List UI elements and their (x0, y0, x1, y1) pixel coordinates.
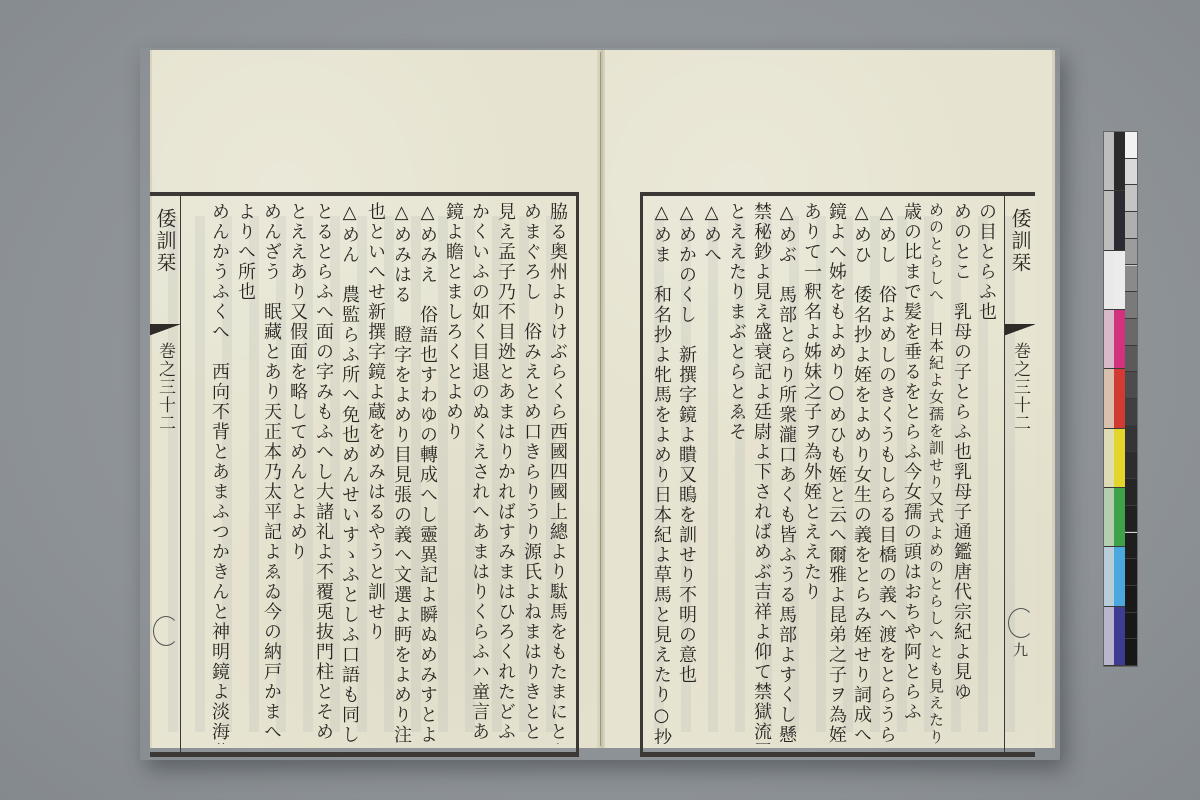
text-column: △めま 和名抄よ牝馬をよめり日本紀よ草馬と見えたり○抄よ騲馬よ (649, 202, 674, 744)
calibration-patch (1125, 399, 1137, 426)
calibration-patch (1104, 310, 1114, 369)
calibration-patch (1125, 426, 1137, 453)
text-column: めのとこ 乳母の子とらふ也乳母子通鑑唐代宗紀よ見ゆ (949, 202, 974, 744)
text-column: △めみはる 瞪字をよめり目見張の義へ文選よ眄をよめり注よ張目望皃 (388, 202, 414, 744)
text-column: ありて一釈名よ姊妹之子ヲ為外姪とええたり (799, 202, 824, 744)
text-column: めまぐろし 俗みえとめ口きらりうり源氏よねまはりきととそてらつ (518, 202, 544, 744)
calibration-patch (1104, 429, 1114, 488)
right-page-frame: 倭訓栞 巻之三十二 九 の目とらふ也 めのとこ 乳母の子とらふ也乳母子通鑑唐代宗… (640, 192, 1035, 757)
calibration-patch (1125, 346, 1137, 373)
calibration-patch (1114, 607, 1125, 666)
calibration-patch (1125, 239, 1137, 266)
right-text-area: の目とらふ也 めのとこ 乳母の子とらふ也乳母子通鑑唐代宗紀よ見ゆ めのとらしへ … (649, 202, 999, 744)
calibration-patch (1125, 185, 1137, 212)
calibration-patch (1114, 429, 1125, 488)
calibration-patch (1125, 292, 1137, 319)
left-volume-label: 巻之三十二 (150, 342, 180, 432)
text-column: の目とらふ也 (974, 202, 999, 744)
calibration-patch (1125, 266, 1137, 293)
calibration-color-patches (1114, 132, 1125, 666)
color-calibration-strip (1103, 131, 1138, 667)
text-column: かくいふの如く目退のぬくえされへあまはりくらふハ童言あるて一新撰字 (466, 202, 492, 744)
text-column: 也といへせ新撰字鏡よ蔵をめみはるやうと訓せり (362, 202, 388, 744)
calibration-patch (1104, 132, 1114, 191)
text-column: 禁秘鈔よ見え盛衰記よ廷尉よ下さればめぶ吉祥よ仰て禁獄流罪よらや (749, 202, 774, 744)
calibration-gray-steps (1125, 132, 1137, 666)
text-column: △めひ 倭名抄よ姪をよめり女生の義をとらみ姪せり詞成へし新撰字 (849, 202, 874, 744)
calibration-patch (1125, 613, 1137, 640)
calibration-patch (1125, 212, 1137, 239)
calibration-patch (1125, 452, 1137, 479)
text-column: △めん 農監らふ所へ免也めんせいすゝふとしふ口語も同し○工匝のめんを (336, 202, 362, 744)
folio-number: 九 (1005, 642, 1035, 659)
text-column: △めみえ 俗語也すわゆの轉成へし靈異記よ瞬ぬめみすとよむのなるを (414, 202, 440, 744)
calibration-patch (1104, 191, 1114, 250)
calibration-patch (1114, 488, 1125, 547)
calibration-patch (1125, 479, 1137, 506)
calibration-patch (1125, 132, 1137, 159)
text-column: めのとらしへ 日本紀よ女孺を訓せり又式よめのとらしへとも見えたり十五六 (924, 202, 949, 744)
calibration-gray-patches (1104, 132, 1114, 666)
text-column: とええたりまぶとらとゑそ (724, 202, 749, 744)
text-column: △めかのくし 新撰字鏡よ瞶又瞗を訓せり不明の意也 (674, 202, 699, 744)
calibration-patch (1114, 191, 1125, 250)
text-column: とええあり又假面を略してめんとよめり (284, 202, 310, 744)
left-running-title: 倭訓栞 (150, 208, 180, 274)
calibration-patch (1125, 586, 1137, 613)
right-volume-label: 巻之三十二 (1005, 342, 1035, 432)
text-column: よりへ所也 (232, 202, 258, 744)
text-column: △めし 俗よめしのきくうもしらる目橋の義へ渡をとらうらる成へし (874, 202, 899, 744)
calibration-patch (1125, 372, 1137, 399)
folio-circle-icon (1008, 608, 1034, 638)
calibration-patch (1125, 319, 1137, 346)
calibration-patch (1125, 559, 1137, 586)
calibration-patch (1104, 369, 1114, 428)
text-column: めんざう 眠藏とあり天正本乃太平記よゑゐ今の納戸かまへの内ヵ叢林 (258, 202, 284, 744)
calibration-patch (1104, 488, 1114, 547)
right-running-title: 倭訓栞 (1005, 208, 1035, 274)
text-column: △めへ (699, 202, 724, 744)
calibration-patch (1114, 369, 1125, 428)
calibration-patch (1104, 607, 1114, 666)
calibration-patch (1104, 547, 1114, 606)
right-page: 倭訓栞 巻之三十二 九 の目とらふ也 めのとこ 乳母の子とらふ也乳母子通鑑唐代宗… (605, 50, 1055, 748)
text-column: 歳の比まで髪を垂るをとらふ今女孺の頭はおちや阿とらふ (899, 202, 924, 744)
calibration-patch (1114, 132, 1125, 191)
text-column: △めぶ 馬部とらり所衆瀧口あくも皆ふうる馬部よすくし懸水立池く (774, 202, 799, 744)
calibration-patch (1125, 533, 1137, 560)
text-column: 脇る奥州よりけぶらくら西國四國上總より駄馬をもたまにともらつり (544, 202, 570, 744)
calibration-patch (1114, 310, 1125, 369)
right-hanshin: 倭訓栞 巻之三十二 九 (1004, 196, 1035, 752)
left-page: 倭訓栞 巻之三十二 脇る奥州よりけぶらくら西國四國上總より駄馬をもたまにともらつ… (150, 50, 597, 748)
fishtail-mark-icon (1005, 324, 1035, 338)
calibration-patch (1125, 506, 1137, 533)
left-page-frame: 倭訓栞 巻之三十二 脇る奥州よりけぶらくら西國四國上總より駄馬をもたまにともらつ… (150, 192, 579, 757)
folio-circle-icon (153, 616, 179, 646)
fishtail-mark-icon (150, 324, 180, 338)
text-column: 鏡よ瞻とましろくとよめり (440, 202, 466, 744)
text-column: 鏡よへ姊をもよめり○めひも姪と云へ爾雅よ昆弟之子ヲ為姪とらふよ據 (824, 202, 849, 744)
calibration-patch (1125, 159, 1137, 186)
calibration-patch (1104, 251, 1114, 310)
left-hanshin: 倭訓栞 巻之三十二 (150, 196, 181, 752)
text-column: めんかうふくへ 西向不背とあまふつかきんと神明鏡よ淡海公の御時な (206, 202, 232, 744)
calibration-patch (1114, 251, 1125, 310)
calibration-patch (1125, 639, 1137, 666)
text-column: とるとらふへ面の字みもふへし大諸礼よ不覆兎抜門柱とそめんとらしぬ物ふ (310, 202, 336, 744)
text-column: 見え孟子乃不目迯とあまはりかればすみまはひろくれたどふつく (492, 202, 518, 744)
calibration-patch (1114, 547, 1125, 606)
book-gutter (600, 52, 601, 746)
left-text-area: 脇る奥州よりけぶらくら西國四國上總より駄馬をもたまにともらつり めまぐろし 俗み… (184, 202, 570, 744)
